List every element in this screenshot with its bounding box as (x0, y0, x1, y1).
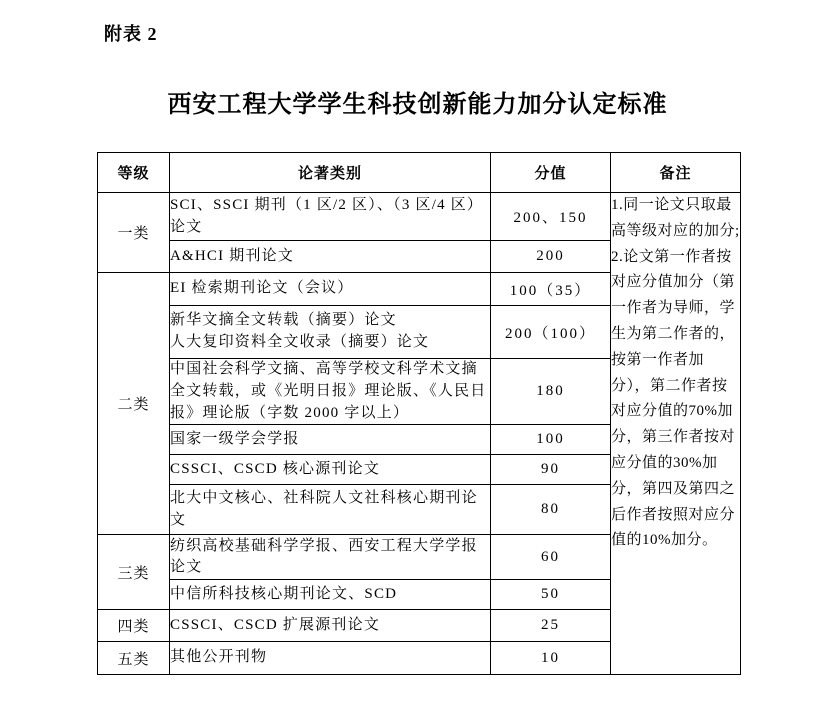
category-cell: 纺织高校基础科学学报、西安工程大学学报论文 (170, 535, 491, 580)
score-cell: 200（100） (491, 306, 611, 359)
score-cell: 200、150 (491, 193, 611, 241)
category-cell: CSSCI、CSCD 核心源刊论文 (170, 455, 491, 485)
category-cell: 北大中文核心、社科院人文社科核心期刊论文 (170, 485, 491, 535)
score-cell: 25 (491, 610, 611, 642)
header-grade: 等级 (98, 153, 170, 193)
score-cell: 50 (491, 580, 611, 610)
score-cell: 90 (491, 455, 611, 485)
category-cell: 其他公开刊物 (170, 642, 491, 675)
category-cell: EI 检索期刊论文（会议） (170, 273, 491, 306)
category-cell: CSSCI、CSCD 扩展源刊论文 (170, 610, 491, 642)
score-cell: 180 (491, 359, 611, 425)
grade-cell-1: 一类 (98, 193, 170, 273)
page-title: 西安工程大学学生科技创新能力加分认定标准 (0, 84, 835, 119)
grade-cell-5: 五类 (98, 642, 170, 675)
grade-cell-4: 四类 (98, 610, 170, 642)
header-score: 分值 (491, 153, 611, 193)
score-cell: 10 (491, 642, 611, 675)
scoring-standard-table: 等级 论著类别 分值 备注 一类 SCI、SSCI 期刊（1 区/2 区）、（3… (97, 152, 741, 675)
remark-item-1: 1.同一论文只取最高等级对应的加分; (611, 193, 740, 245)
category-cell: 国家一级学会学报 (170, 425, 491, 455)
score-cell: 80 (491, 485, 611, 535)
category-cell: SCI、SSCI 期刊（1 区/2 区）、（3 区/4 区）论文 (170, 193, 491, 241)
table-header-row: 等级 论著类别 分值 备注 (98, 153, 741, 193)
remark-item-2: 2.论文第一作者按对应分值加分（第一作者为导师，学生为第二作者的，按第一作者加分… (611, 245, 740, 555)
score-cell: 100 (491, 425, 611, 455)
category-cell: A&HCI 期刊论文 (170, 241, 491, 273)
grade-cell-2: 二类 (98, 273, 170, 535)
score-cell: 100（35） (491, 273, 611, 306)
score-cell: 200 (491, 241, 611, 273)
appendix-label: 附表 2 (104, 20, 158, 46)
category-cell: 新华文摘全文转载（摘要）论文 人大复印资料全文收录（摘要）论文 (170, 306, 491, 359)
table-row: 一类 SCI、SSCI 期刊（1 区/2 区）、（3 区/4 区）论文 200、… (98, 193, 741, 241)
score-cell: 60 (491, 535, 611, 580)
category-cell: 中信所科技核心期刊论文、SCD (170, 580, 491, 610)
remark-cell: 1.同一论文只取最高等级对应的加分; 2.论文第一作者按对应分值加分（第一作者为… (611, 193, 741, 675)
category-cell: 中国社会科学文摘、高等学校文科学术文摘全文转载，或《光明日报》理论版、《人民日报… (170, 359, 491, 425)
document-page: 附表 2 西安工程大学学生科技创新能力加分认定标准 等级 论著类别 分值 备注 … (0, 0, 835, 703)
header-category: 论著类别 (170, 153, 491, 193)
header-remark: 备注 (611, 153, 741, 193)
grade-cell-3: 三类 (98, 535, 170, 610)
